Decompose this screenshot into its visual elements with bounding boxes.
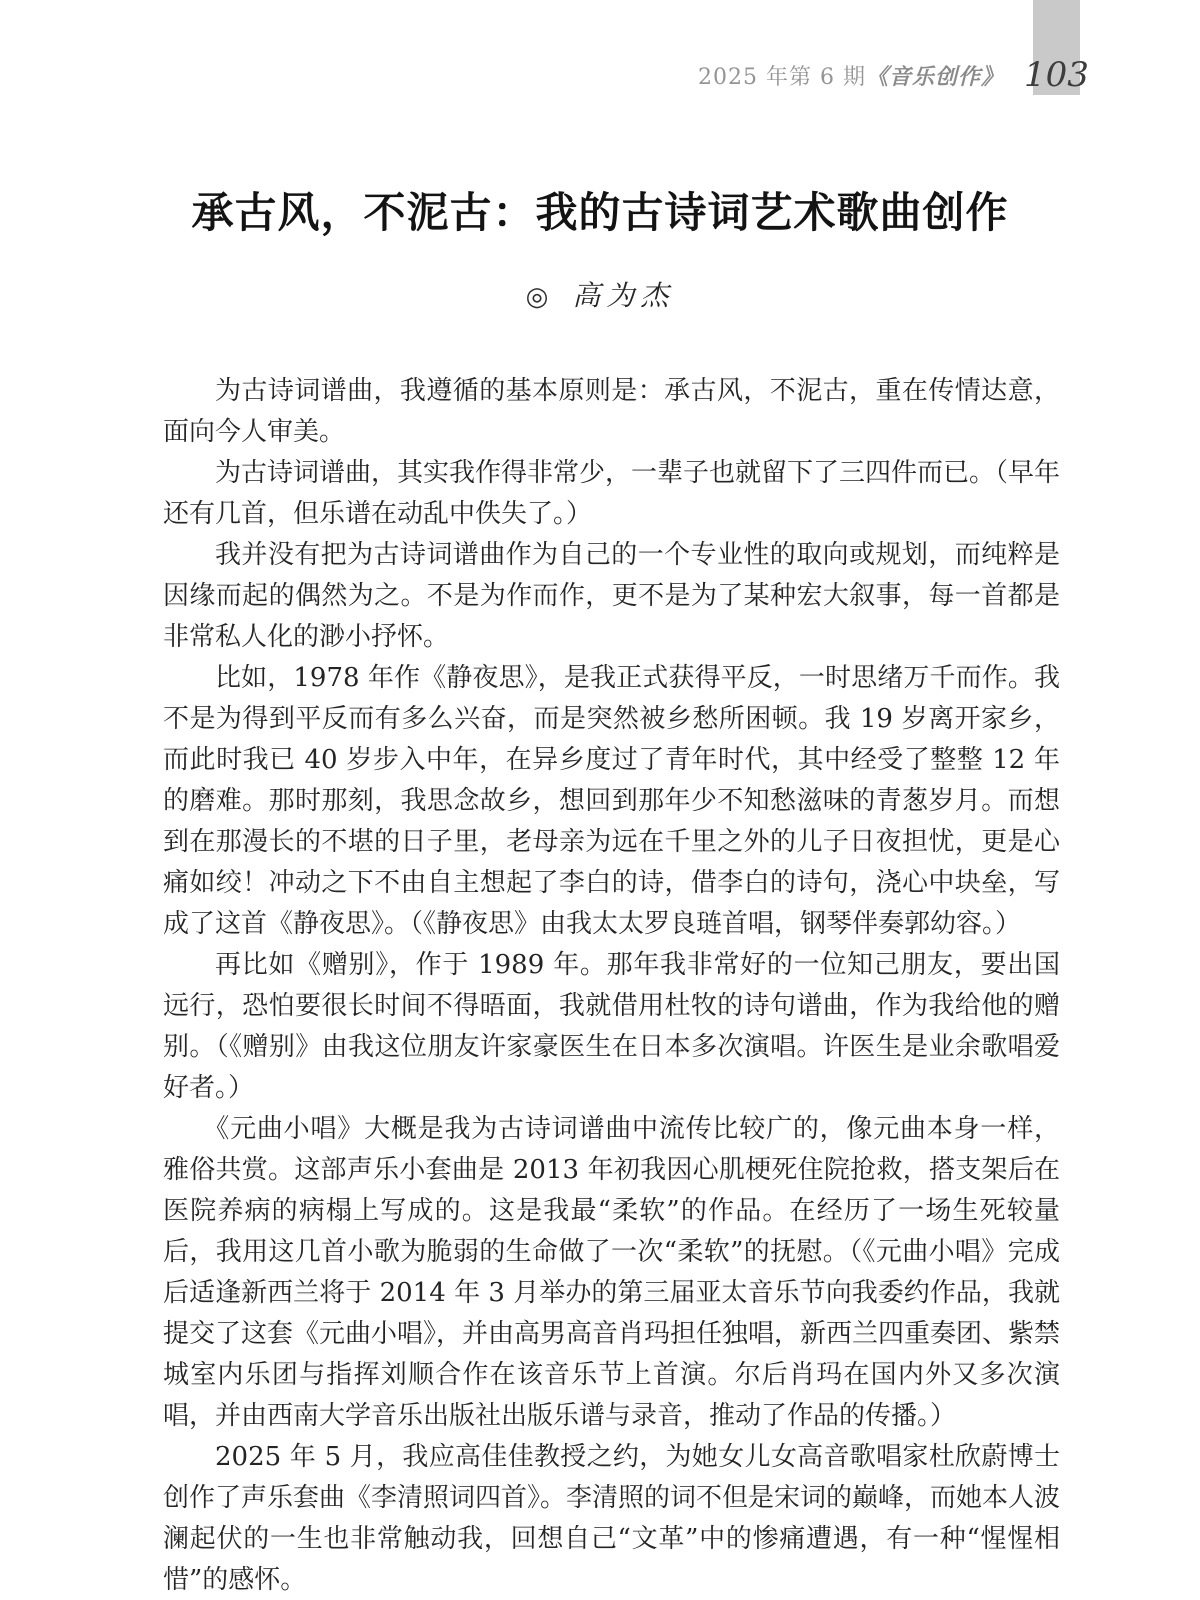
body-paragraph: 为古诗词谱曲，我遵循的基本原则是：承古风，不泥古，重在传情达意，面向今人审美。 xyxy=(163,371,1060,453)
body-paragraph: 我并没有把为古诗词谱曲作为自己的一个专业性的取向或规划，而纯粹是因缘而起的偶然为… xyxy=(163,535,1060,658)
body-paragraph: 再比如《赠别》，作于 1989 年。那年我非常好的一位知己朋友，要出国远行，恐怕… xyxy=(163,945,1060,1109)
journal-page: 103 2025 年第 6 期《音乐创作》 承古风，不泥古：我的古诗词艺术歌曲创… xyxy=(0,0,1200,1600)
author-marker-icon: ◎ xyxy=(526,282,549,312)
body-paragraph: 2025 年 5 月，我应高佳佳教授之约，为她女儿女高音歌唱家杜欣蔚博士创作了声… xyxy=(163,1437,1060,1600)
article-body: 为古诗词谱曲，我遵循的基本原则是：承古风，不泥古，重在传情达意，面向今人审美。 … xyxy=(163,371,1060,1600)
journal-name: 《音乐创作》 xyxy=(866,64,1004,90)
page-number-box: 103 xyxy=(1033,0,1080,95)
body-paragraph: 《元曲小唱》大概是我为古诗词谱曲中流传比较广的，像元曲本身一样，雅俗共赏。这部声… xyxy=(163,1109,1060,1437)
issue-text: 2025 年第 6 期 xyxy=(698,65,866,90)
body-paragraph: 比如，1978 年作《静夜思》，是我正式获得平反，一时思绪万千而作。我不是为得到… xyxy=(163,658,1060,945)
running-header: 2025 年第 6 期《音乐创作》 xyxy=(698,64,1004,91)
article-title: 承古风，不泥古：我的古诗词艺术歌曲创作 xyxy=(0,184,1200,242)
author-line: ◎高为杰 xyxy=(0,276,1200,317)
author-name: 高为杰 xyxy=(572,279,674,312)
body-paragraph: 为古诗词谱曲，其实我作得非常少，一辈子也就留下了三四件而已。（早年还有几首，但乐… xyxy=(163,453,1060,535)
page-number: 103 xyxy=(1024,58,1089,95)
